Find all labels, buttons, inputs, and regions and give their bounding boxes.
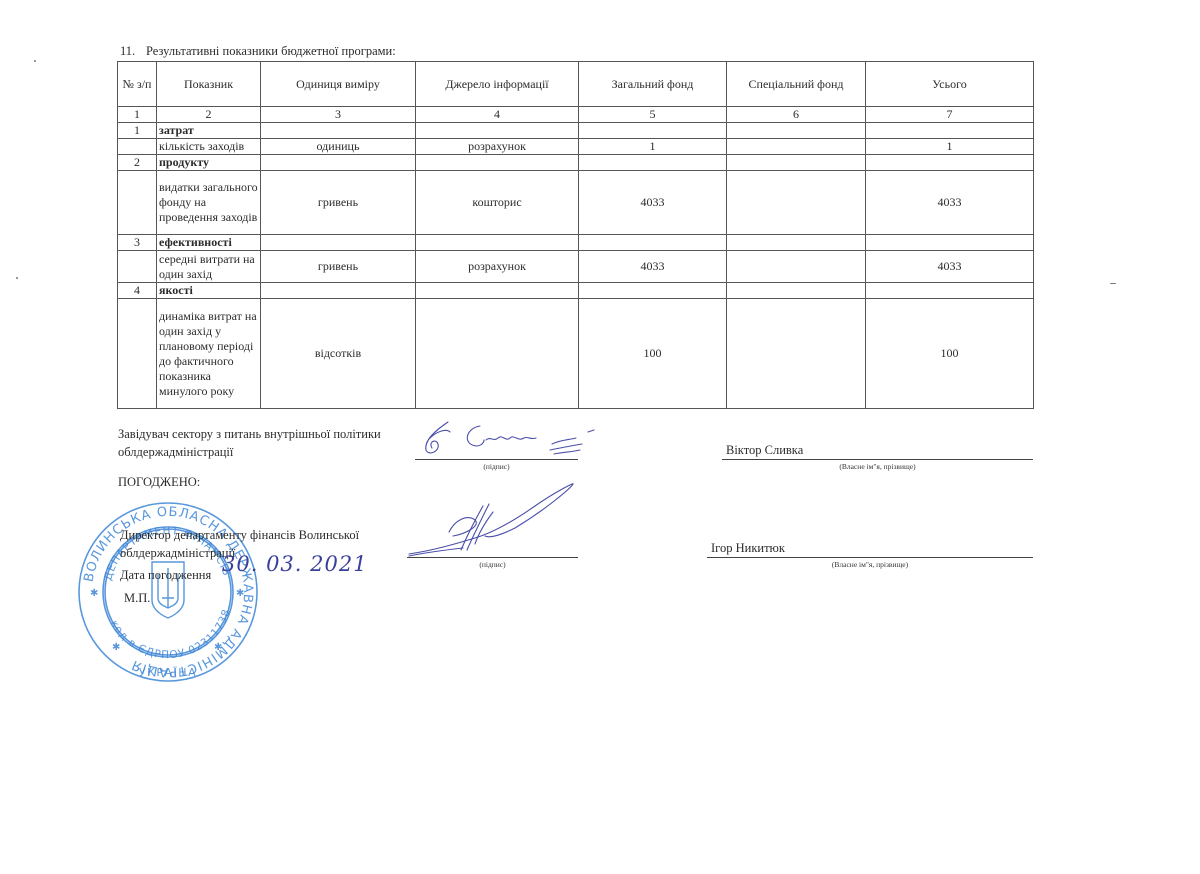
approval-date-value: 30. 03. 2021 — [222, 552, 368, 576]
column-number: 6 — [727, 107, 866, 123]
scan-speck — [16, 277, 18, 279]
special-fund-cell — [727, 171, 866, 235]
scan-speck — [1110, 283, 1116, 284]
group-label: якості — [157, 283, 261, 299]
indicator-label: кількість заходів — [157, 139, 261, 155]
total-cell: 1 — [866, 139, 1034, 155]
source-cell: розрахунок — [416, 251, 579, 283]
unit-cell: одиниць — [261, 139, 416, 155]
head-signature-line — [415, 459, 578, 460]
svg-text:✱: ✱ — [214, 642, 222, 653]
director-signature-icon — [405, 480, 585, 560]
head-name: Віктор Сливка — [726, 443, 803, 458]
total-cell: 4033 — [866, 171, 1034, 235]
source-cell — [416, 299, 579, 409]
head-signature-caption: (підпис) — [415, 462, 578, 471]
special-fund-cell — [727, 139, 866, 155]
group-label: затрат — [157, 123, 261, 139]
svg-text:✱: ✱ — [236, 588, 244, 599]
unit-cell: гривень — [261, 251, 416, 283]
director-signature-line — [407, 557, 578, 558]
column-number-row: 1 2 3 4 5 6 7 — [118, 107, 1034, 123]
table-group-row: 4 якості — [118, 283, 1034, 299]
indicator-label: динаміка витрат на один захід у плановом… — [157, 299, 261, 409]
table-group-row: 2 продукту — [118, 155, 1034, 171]
group-label: продукту — [157, 155, 261, 171]
approved-label: ПОГОДЖЕНО: — [118, 473, 200, 491]
seal-label: М.П. — [124, 589, 150, 607]
column-number: 2 — [157, 107, 261, 123]
general-fund-cell: 1 — [579, 139, 727, 155]
indicator-label: середні витрати на один захід — [157, 251, 261, 283]
special-fund-cell — [727, 251, 866, 283]
indicator-label: видатки загального фонду на проведення з… — [157, 171, 261, 235]
general-fund-cell: 4033 — [579, 251, 727, 283]
header-cell: Спеціальний фонд — [727, 62, 866, 107]
approval-date-label: Дата погодження — [120, 566, 211, 584]
director-signature-caption: (підпис) — [407, 560, 578, 569]
total-cell: 4033 — [866, 251, 1034, 283]
svg-text:✱: ✱ — [112, 642, 120, 653]
section-number: 11. — [120, 44, 146, 59]
header-cell: Показник — [157, 62, 261, 107]
director-name: Ігор Никитюк — [711, 541, 785, 556]
head-signature-icon — [418, 418, 598, 462]
section-title: 11.Результативні показники бюджетної про… — [120, 44, 396, 59]
column-number: 5 — [579, 107, 727, 123]
group-number: 3 — [118, 235, 157, 251]
head-name-line — [722, 459, 1033, 460]
group-label: ефективності — [157, 235, 261, 251]
performance-indicators-table: № з/п Показник Одиниця виміру Джерело ін… — [117, 61, 1034, 409]
header-cell: № з/п — [118, 62, 157, 107]
column-number: 7 — [866, 107, 1034, 123]
table-group-row: 1 затрат — [118, 123, 1034, 139]
section-title-text: Результативні показники бюджетної програ… — [146, 44, 396, 58]
head-name-caption: (Власне ім"я, прізвище) — [722, 462, 1033, 471]
special-fund-cell — [727, 299, 866, 409]
group-number: 2 — [118, 155, 157, 171]
column-number: 4 — [416, 107, 579, 123]
total-cell: 100 — [866, 299, 1034, 409]
table-group-row: 3 ефективності — [118, 235, 1034, 251]
group-number: 4 — [118, 283, 157, 299]
scan-speck — [34, 60, 36, 62]
svg-text:УКРАЇНА: УКРАЇНА — [139, 666, 197, 679]
general-fund-cell: 100 — [579, 299, 727, 409]
header-cell: Усього — [866, 62, 1034, 107]
svg-text:✱: ✱ — [90, 588, 98, 599]
unit-cell: гривень — [261, 171, 416, 235]
head-position: Завідувач сектору з питань внутрішньої п… — [118, 425, 381, 461]
director-name-line — [707, 557, 1033, 558]
column-number: 3 — [261, 107, 416, 123]
table-row: кількість заходів одиниць розрахунок 1 1 — [118, 139, 1034, 155]
table-row: динаміка витрат на один захід у плановом… — [118, 299, 1034, 409]
unit-cell: відсотків — [261, 299, 416, 409]
general-fund-cell: 4033 — [579, 171, 727, 235]
table-row: середні витрати на один захід гривень ро… — [118, 251, 1034, 283]
header-cell: Одиниця виміру — [261, 62, 416, 107]
source-cell: кошторис — [416, 171, 579, 235]
column-number: 1 — [118, 107, 157, 123]
group-number: 1 — [118, 123, 157, 139]
table-header-row: № з/п Показник Одиниця виміру Джерело ін… — [118, 62, 1034, 107]
table-row: видатки загального фонду на проведення з… — [118, 171, 1034, 235]
header-cell: Джерело інформації — [416, 62, 579, 107]
header-cell: Загальний фонд — [579, 62, 727, 107]
director-name-caption: (Власне ім"я, прізвище) — [707, 560, 1033, 569]
source-cell: розрахунок — [416, 139, 579, 155]
